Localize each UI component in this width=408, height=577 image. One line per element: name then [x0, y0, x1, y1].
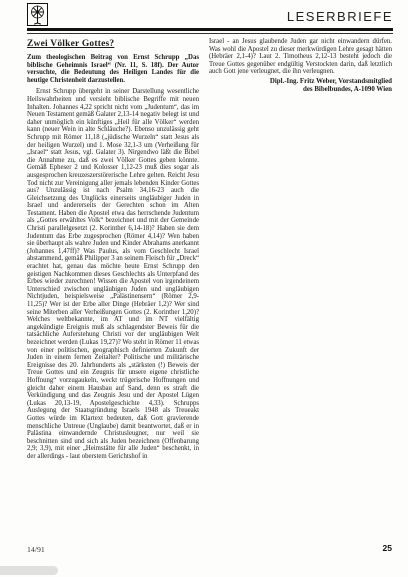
section-title: LESERBRIEFE: [287, 9, 393, 24]
article-title: Zwei Völker Gottes?: [27, 39, 199, 49]
signature-line-2: des Bibelbundes, A-1090 Wien: [209, 86, 392, 94]
header-rule-thin: [27, 33, 393, 34]
letter-signature: Dipl.-Ing. Fritz Weber, Vorstandsmitglie…: [209, 78, 392, 94]
article-lead: Zum theologischen Beitrag von Ernst Schr…: [27, 54, 199, 84]
article-body-right: Israel - an Jesus glaubende Juden gar ni…: [209, 38, 392, 76]
header-rule-thick: [27, 28, 393, 31]
article-column-right: Israel - an Jesus glaubende Juden gar ni…: [209, 38, 392, 94]
page-number: 25: [383, 543, 392, 553]
article-body-left: Ernst Schrupp übergeht in seiner Darstel…: [27, 88, 199, 460]
signature-line-1: Dipl.-Ing. Fritz Weber, Vorstandsmitglie…: [209, 78, 392, 86]
article-column-left: Zwei Völker Gottes? Zum theologischen Be…: [27, 39, 199, 460]
issue-number: 14/91: [27, 545, 45, 554]
bibelbund-tree-logo-icon: [27, 3, 48, 26]
scan-artifact: [0, 566, 58, 575]
magazine-page: LESERBRIEFE Zwei Völker Gottes? Zum theo…: [0, 0, 408, 577]
